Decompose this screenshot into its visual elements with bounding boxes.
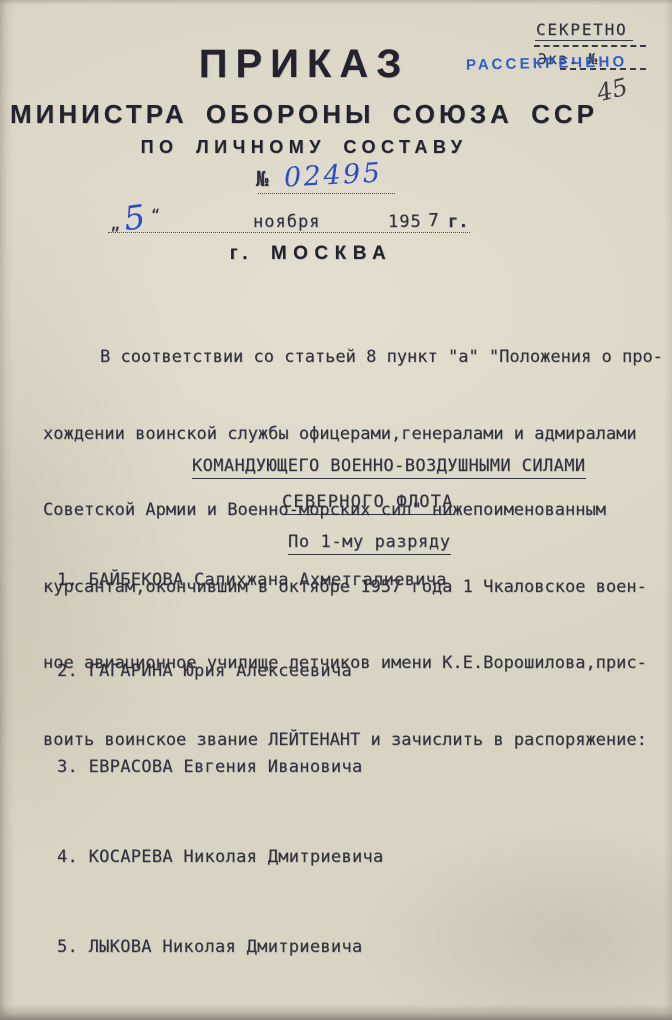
date-open-quote: „ xyxy=(110,214,120,234)
graduate-list-item: 3. ЕВРАСОВА Евгения Ивановича xyxy=(57,757,363,777)
order-issuer-line: МИНИСТРА ОБОРОНЫ СОЮЗА ССР xyxy=(0,99,608,130)
order-title: ПРИКАЗ xyxy=(0,42,608,87)
city-line: г. МОСКВА xyxy=(0,243,622,265)
order-subject-line: ПО ЛИЧНОМУ СОСТАВУ xyxy=(0,137,608,158)
secret-underline-solid xyxy=(535,40,633,41)
graduate-list-item: 4. КОСАРЕВА Николая Дмитриевича xyxy=(57,847,384,867)
order-number-underline xyxy=(258,193,395,194)
date-year-prefix: 195 xyxy=(388,212,422,232)
date-close-quote: “ xyxy=(151,206,160,224)
secret-classification-label: СЕКРЕТНО xyxy=(536,20,627,39)
date-year-digit: 7 xyxy=(428,210,439,231)
assignment-heading-line2: СЕВЕРНОГО ФЛОТА xyxy=(282,492,454,515)
graduate-list-item: 5. ЛЫКОВА Николая Дмитриевича xyxy=(57,937,363,957)
graduate-list-item: 1. БАЙБЕКОВА Салихжана Ахметгалиевича xyxy=(57,570,447,590)
order-number-sign: № xyxy=(256,167,269,191)
paragraph-line: воить воинское звание ЛЕЙТЕНАНТ и зачисл… xyxy=(43,728,655,754)
order-number-value: 02495 xyxy=(283,157,383,193)
date-day-handwritten: 5 xyxy=(122,197,148,238)
graduate-list-item: 2. ГАГАРИНА Юрия Алексеевича xyxy=(57,661,352,681)
assignment-heading-line1: КОМАНДУЮЩЕГО ВОЕННО-ВОЗДУШНЫМИ СИЛАМИ xyxy=(192,456,586,479)
category-heading: По 1-му разряду xyxy=(288,532,451,555)
date-year-suffix: г. xyxy=(448,212,468,232)
scanned-order-document: СЕКРЕТНО Экз. № РАССЕКРЕЧЕНО 45 ПРИКАЗ М… xyxy=(0,0,672,1020)
date-month: ноября xyxy=(253,212,320,232)
paragraph-line: хождении воинской службы офицерами,генер… xyxy=(43,422,655,448)
date-underline xyxy=(108,232,470,233)
paragraph-line: В соответствии со статьей 8 пункт "а" "П… xyxy=(43,345,655,371)
